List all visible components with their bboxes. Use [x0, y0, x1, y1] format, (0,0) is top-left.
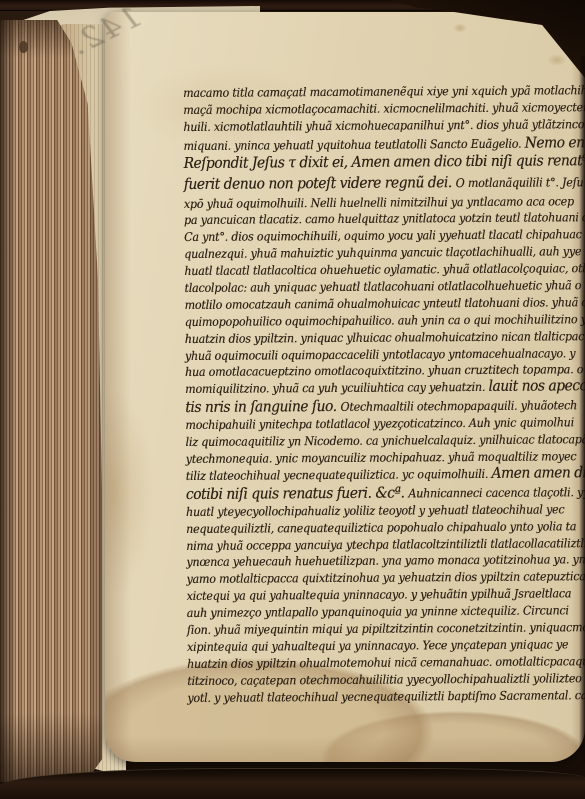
script-segment: O motlanãquilili t°. Jeſu	[456, 175, 584, 190]
script-segment: huili. xicmotlatlauhtili yhuã xicmohueca…	[183, 117, 585, 134]
script-segment: momiquilitzino. yhuã ca yuh ycuiliuhtica…	[185, 380, 488, 396]
script-segment: tiliz tlateochihual yecnequatequiliztica…	[186, 467, 492, 483]
script-segment: xipintequia qui yahualtequi ya yninnacay…	[187, 637, 568, 654]
book-photo: macamo titla camaçatl macamotimanenẽqui …	[0, 0, 585, 799]
script-segment: motlilo omocatzauh canimã ohualmohuicac …	[184, 295, 585, 312]
script-segment: macamo titla camaçatl macamotimanenẽqui …	[183, 83, 585, 100]
page-right-edge-shadow	[579, 56, 585, 762]
script-segment: yotl. y yehuatl tlateochihual yecnequate…	[187, 688, 585, 705]
script-segment: quimopopohuilico oquimochipahuilico. auh…	[185, 312, 585, 329]
manuscript-text: macamo titla camaçatl macamotimanenẽqui …	[183, 81, 585, 705]
fore-edge-mark	[19, 41, 28, 53]
script-segment: maçã mochipa xicmotlaçocamachiti. xicmoc…	[183, 100, 585, 117]
script-segment: Auhnicanneci cacenca tlaçotli. yye	[408, 485, 585, 500]
manuscript-line: cotibi niſi quis renatus fueri. &cª. Auh…	[186, 481, 560, 503]
script-segment: huatzin dios ypiltzin. yniquac ylhuicac …	[185, 329, 584, 346]
script-segment: liz quimocaquitiliz yn Nicodemo. ca ynic…	[185, 432, 585, 449]
large-script-segment: tis nris in ſanguine ſuo.	[185, 397, 340, 416]
manuscript-page: macamo titla camaçatl macamotimanenẽqui …	[105, 12, 585, 762]
book-fore-edge	[0, 20, 102, 782]
manuscript-line: fuerit denuo non poteſt videre regnũ dei…	[184, 170, 558, 194]
large-script-segment: Reſpondit Jeſus τ dixit ei, Amen amen di…	[183, 151, 585, 172]
script-segment: qualnezqui. yhuã mahuiztic yuhquinma yan…	[184, 244, 581, 261]
script-segment: auh ynimezço yntlapallo ypanquinoquia ya…	[187, 603, 569, 620]
script-segment: huatzin dios ypiltzin ohualmotemohui nic…	[187, 654, 585, 671]
script-segment: mochipahuili ynitechpa totlatlacol yyezç…	[185, 416, 574, 433]
script-segment: tlacolpolac: auh yniquac yehuatl tlatlac…	[184, 278, 581, 295]
manuscript-line: tis nris in ſanguine ſuo. Otechmaaltili …	[185, 395, 559, 417]
large-script-segment: Amen amen di	[491, 463, 585, 482]
book-cover-bottom	[0, 768, 585, 799]
large-script-segment: cotibi niſi quis renatus fueri. &cª.	[186, 483, 409, 503]
script-segment: xictequi ya qui yahualtequia yninnacayo.…	[187, 587, 572, 604]
script-segment: nima yhuã occeppa yancuiya ytechpa tlatl…	[186, 536, 585, 553]
large-script-segment: lauit nos apecca	[488, 376, 585, 395]
script-segment: huatl yteyecyollochipahualiz yoliliz teo…	[186, 502, 564, 519]
script-segment: ſion. yhuã miyequintin miqui ya pipiltzi…	[187, 620, 585, 637]
script-segment: Otechmaaltili otechmopapaquili. yhuãotec…	[340, 399, 577, 415]
script-segment: nequatequiliztli, canequatequiliztica po…	[186, 519, 576, 536]
script-segment: titzinoco, caçatepan otechmocahuililitia…	[187, 671, 582, 688]
script-segment: huatl tlacatl tlatlacoltica ohuehuetic o…	[184, 261, 585, 278]
script-segment: ynœnca yehuecauh huehuetilizpan. yna yam…	[186, 553, 585, 570]
script-segment: yhuã oquimocuili oquimopaccacelili yntot…	[185, 346, 575, 363]
script-segment: yamo motlalticpacca quixtitzinohua ya ye…	[186, 570, 585, 587]
script-segment: pa yancuican tlacatiz. camo huelquittaz …	[184, 210, 585, 227]
script-segment: Ca ynt°. dios oquimochihuili, oquimo yoc…	[184, 228, 582, 245]
manuscript-line: Reſpondit Jeſus τ dixit ei, Amen amen di…	[183, 149, 557, 173]
large-script-segment: fuerit denuo non poteſt videre regnũ dei…	[184, 173, 456, 193]
manuscript-line: yotl. y yehuatl tlateochihual yecnequate…	[187, 686, 561, 705]
script-segment: xpō yhuã oquimolhuili. Nelli huelnelli n…	[184, 194, 574, 211]
